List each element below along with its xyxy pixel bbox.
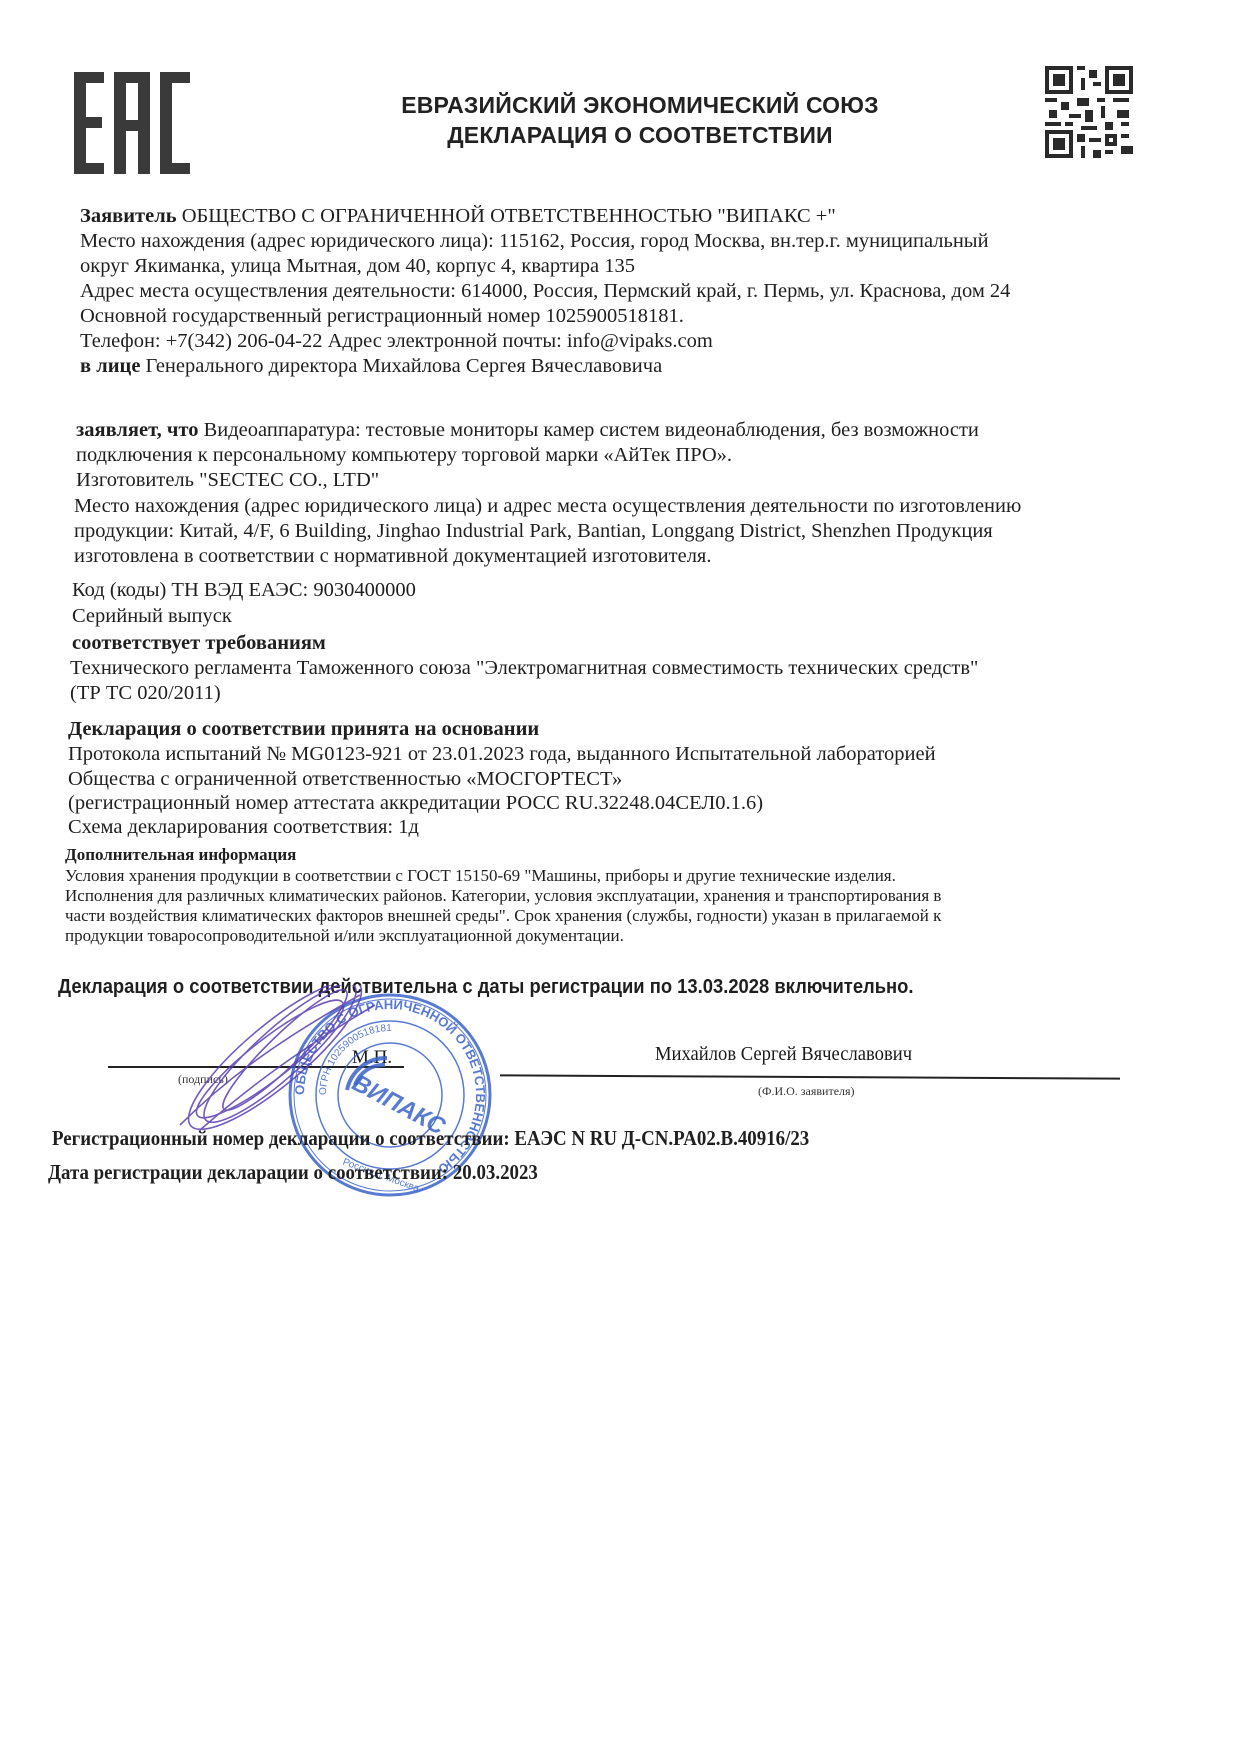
signer-name-line <box>500 1074 1120 1079</box>
basis-laboratory: Общества с ограниченной ответственностью… <box>68 767 622 792</box>
additional-info-label: Дополнительная информация <box>65 845 296 865</box>
applicant-company: ОБЩЕСТВО С ОГРАНИЧЕННОЙ ОТВЕТСТВЕННОСТЬЮ… <box>177 205 836 227</box>
header-title-union: ЕВРАЗИЙСКИЙ ЭКОНОМИЧЕСКИЙ СОЮЗ <box>300 92 980 119</box>
additional-info-4: продукции товаросопроводительной и/или э… <box>65 926 624 946</box>
manufacturer-address-3: изготовлена в соответствии с нормативной… <box>74 544 711 569</box>
production-type: Серийный выпуск <box>72 604 232 629</box>
manufacturer: Изготовитель "SECTEC CO., LTD" <box>76 468 379 493</box>
additional-info-2: Исполнения для различных климатических р… <box>65 886 941 906</box>
applicant-name: Заявитель ОБЩЕСТВО С ОГРАНИЧЕННОЙ ОТВЕТС… <box>80 204 836 229</box>
additional-info-3: части воздействия климатических факторов… <box>65 906 941 926</box>
additional-info-1: Условия хранения продукции в соответстви… <box>65 866 896 886</box>
applicant-activity-address: Адрес места осуществления деятельности: … <box>80 279 1010 304</box>
applicant-label: Заявитель <box>80 205 177 227</box>
header-title-declaration: ДЕКЛАРАЦИЯ О СООТВЕТСТВИИ <box>300 122 980 149</box>
handwritten-signature <box>160 985 390 1135</box>
basis-accreditation: (регистрационный номер аттестата аккреди… <box>68 791 763 816</box>
manufacturer-address-1: Место нахождения (адрес юридического лиц… <box>74 494 1021 519</box>
signer-caption: (Ф.И.О. заявителя) <box>758 1084 855 1099</box>
applicant-contacts: Телефон: +7(342) 206-04-22 Адрес электро… <box>80 329 713 354</box>
qr-code-icon <box>1045 66 1133 158</box>
registration-number: Регистрационный номер декларации о соотв… <box>52 1126 809 1151</box>
requirements-regulation-2: (ТР ТС 020/2011) <box>70 681 221 706</box>
basis-protocol: Протокола испытаний № MG0123-921 от 23.0… <box>68 742 936 767</box>
product-description-2: подключения к персональному компьютеру т… <box>76 443 732 468</box>
basis-label: Декларация о соответствии принята на осн… <box>68 717 539 742</box>
signer-name: Михайлов Сергей Вячеславович <box>655 1043 912 1066</box>
represented-label: в лице <box>80 355 140 377</box>
hs-code: Код (коды) ТН ВЭД ЕАЭС: 9030400000 <box>72 578 416 603</box>
applicant-legal-address-1: Место нахождения (адрес юридического лиц… <box>80 229 989 254</box>
requirements-label: соответствует требованиям <box>72 631 326 656</box>
registration-date: Дата регистрации декларации о соответств… <box>48 1160 538 1185</box>
manufacturer-address-2: продукции: Китай, 4/F, 6 Building, Jingh… <box>74 519 993 544</box>
declares-label: заявляет, что <box>76 419 198 441</box>
eac-logo-icon <box>74 72 190 174</box>
requirements-regulation-1: Технического регламента Таможенного союз… <box>70 656 978 681</box>
declaration-scheme: Схема декларирования соответствия: 1д <box>68 815 419 840</box>
product-description-1: заявляет, что Видеоаппаратура: тестовые … <box>76 418 979 443</box>
represented-by: Генерального директора Михайлова Сергея … <box>140 355 662 377</box>
applicant-ogrn: Основной государственный регистрационный… <box>80 304 684 329</box>
applicant-representative: в лице Генерального директора Михайлова … <box>80 354 662 379</box>
product-text: Видеоаппаратура: тестовые мониторы камер… <box>198 419 978 441</box>
applicant-legal-address-2: округ Якиманка, улица Мытная, дом 40, ко… <box>80 254 635 279</box>
